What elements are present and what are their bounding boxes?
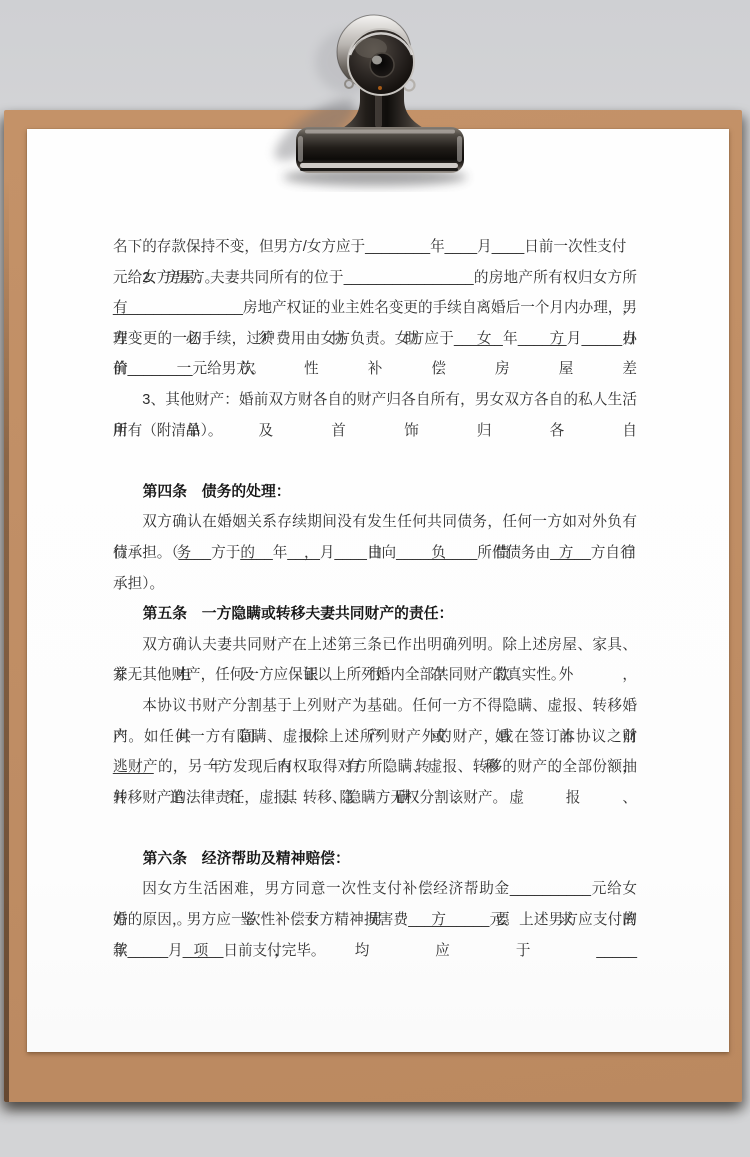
doc-line: 理变更的一切手续，过户费用由女方负责。女方应于______年______月___… [113, 324, 637, 355]
doc-line: 3、其他财产：婚前双方财各自的财产归各自所有，男女双方各自的私人生活用品及首饰归… [113, 385, 637, 416]
doc-line: 行承担。（____方于____年____月____日向__________所借债… [113, 538, 637, 569]
doc-line: 因女方生活困难，男方同意一次性支付补偿经济帮助金__________元给女方。鉴… [113, 874, 637, 905]
section-heading-article-6: 第六条 经济帮助及精神赔偿： [113, 844, 637, 875]
section-heading-article-4: 第四条 债务的处理： [113, 477, 637, 508]
document-text: 名下的存款保持不变，但男方/女方应于________年____月____日前一次… [113, 232, 637, 966]
doc-line: 名下的存款保持不变，但男方/女方应于________年____月____日前一次… [113, 232, 637, 263]
doc-line: 本协议书财产分割基于上列财产为基础。任何一方不得隐瞒、虚报、转移婚内共同财产或婚… [113, 691, 637, 722]
paper-sheet: 名下的存款保持不变，但男方/女方应于________年____月____日前一次… [27, 129, 729, 1052]
doc-line: 并无其他财产，任何一方应保证以上所列婚内全部共同财产的真实性。 [113, 660, 637, 691]
doc-line: 双方确认夫妻共同财产在上述第三条已作出明确列明。除上述房屋、家具、家电及银行存款… [113, 630, 637, 661]
doc-line: ________________房地产权证的业主姓名变更的手续自离婚后一个月内办… [113, 293, 637, 324]
doc-line: 双方确认在婚姻关系存续期间没有发生任何共同债务，任何一方如对外负有债务的，由负债… [113, 507, 637, 538]
doc-line: 产。如任何一方有隐瞒、虚报除上述所列财产外的财产，或在签订本协议之前_____年… [113, 722, 637, 753]
wall-background: { "scene": { "wall_color": "#d3d4d6", "b… [0, 0, 750, 1157]
doc-line: 逃财产的，另一方发现后有权取得对方所隐瞒、虚报、转移的财产的全部份额，并追究其隐… [113, 752, 637, 783]
doc-line: 婚的原因，男方应一次性补偿女方精神损害费__________元。上述男方应支付的… [113, 905, 637, 936]
doc-line: 2、房屋：夫妻共同所有的位于________________的房地产所有权归女方… [113, 263, 637, 294]
metal-spring-clip-icon [263, 0, 493, 192]
section-heading-article-5: 第五条 一方隐瞒或转移夫妻共同财产的责任： [113, 599, 637, 630]
